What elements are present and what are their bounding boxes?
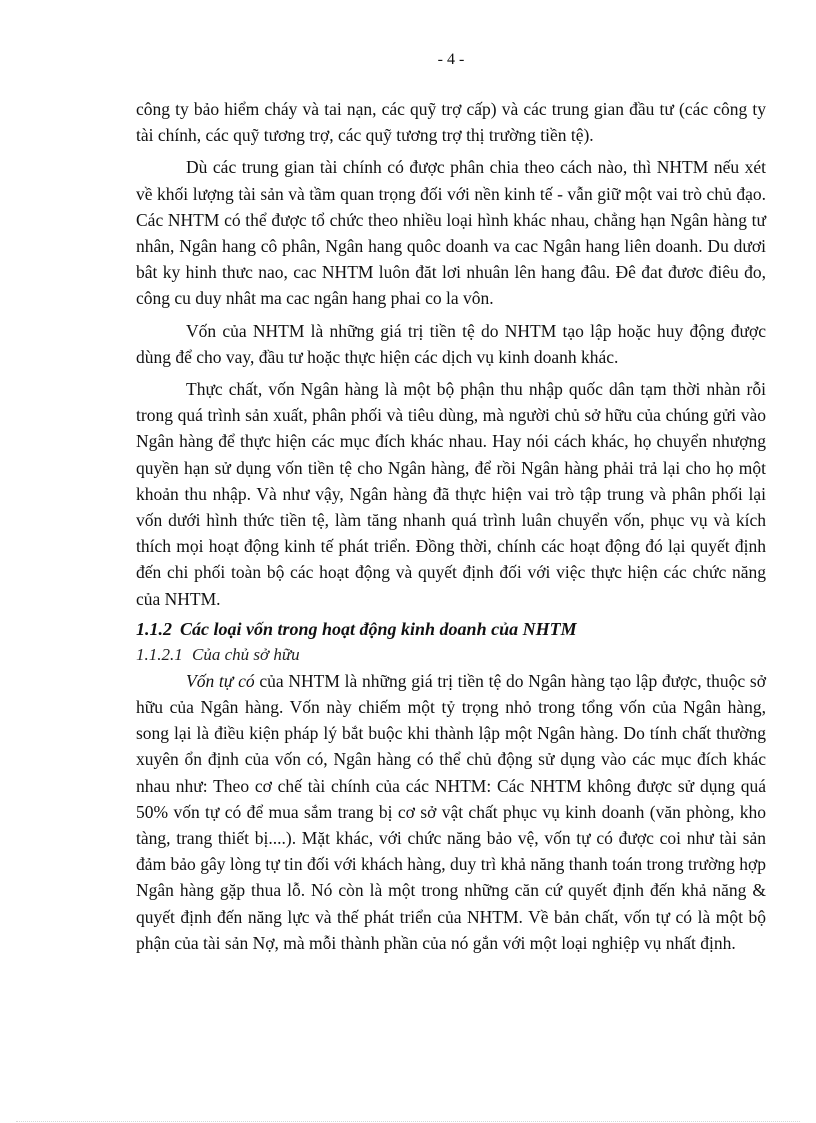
- paragraph-financial-intermediaries: Dù các trung gian tài chính có được phân…: [136, 154, 766, 311]
- subsection-title: Của chủ sở hữu: [192, 645, 300, 664]
- paragraph-capital-definition: Vốn của NHTM là những giá trị tiền tệ do…: [136, 318, 766, 370]
- paragraph-continuation: công ty bảo hiểm cháy và tai nạn, các qu…: [136, 96, 766, 148]
- page-bottom-dotted-rule: [16, 1121, 800, 1122]
- document-body: công ty bảo hiểm cháy và tai nạn, các qu…: [136, 96, 766, 956]
- subsection-number: 1.1.2.1: [136, 642, 192, 668]
- page-number: - 4 -: [136, 50, 766, 70]
- paragraph-equity-capital: Vốn tự có của NHTM là những giá trị tiền…: [136, 668, 766, 956]
- lead-term: Vốn tự có: [186, 671, 255, 691]
- section-number: 1.1.2: [136, 616, 180, 642]
- section-title: Các loại vốn trong hoạt động kinh doanh …: [180, 619, 577, 639]
- section-heading: 1.1.2Các loại vốn trong hoạt động kinh d…: [136, 616, 766, 642]
- paragraph-equity-text: của NHTM là những giá trị tiền tệ do Ngâ…: [136, 671, 766, 953]
- subsection-heading: 1.1.2.1Của chủ sở hữu: [136, 642, 766, 668]
- paragraph-capital-nature: Thực chất, vốn Ngân hàng là một bộ phận …: [136, 376, 766, 612]
